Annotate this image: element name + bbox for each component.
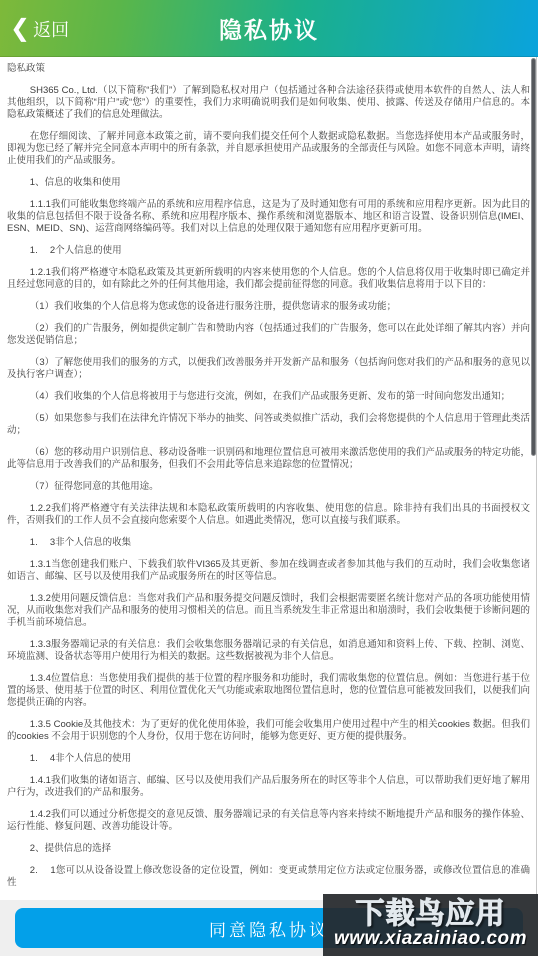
- policy-paragraph: 1.2.1我们将严格遵守本隐私政策及其更新所载明的内容来使用您的个人信息。您的个…: [7, 267, 530, 291]
- policy-paragraph: 1.4.2我们可以通过分析您提交的意见反馈、服务器端记录的有关信息等内容来持续不…: [7, 809, 530, 833]
- policy-paragraph: 1.3.2使用问题反馈信息：当您对我们产品和服务提交问题反馈时，我们会根据需要匿…: [7, 593, 530, 629]
- policy-paragraph: 1. 2个人信息的使用: [7, 245, 530, 257]
- policy-paragraph: 1. 4非个人信息的使用: [7, 753, 530, 765]
- scrollbar-track: [536, 57, 537, 900]
- scrollbar-thumb[interactable]: [531, 58, 536, 456]
- policy-paragraph: （4）我们收集的个人信息将被用于与您进行交流，例如，在我们产品或服务更新、发布的…: [7, 391, 530, 403]
- policy-paragraph: 1.1.1我们可能收集您终端产品的系统和应用程序信息，这是为了及时通知您有可用的…: [7, 199, 530, 235]
- policy-paragraph: 1.4.1我们收集的诸如语言、邮编、区号以及使用我们产品后服务所在的时区等非个人…: [7, 775, 530, 799]
- policy-paragraph: 在您仔细阅读、了解并同意本政策之前，请不要向我们提交任何个人数据或隐私数据。当您…: [7, 131, 530, 167]
- policy-paragraph: 1.3.5 Cookie及其他技术：为了更好的优化使用体验，我们可能会收集用户使…: [7, 719, 530, 743]
- policy-paragraph: 1.3.1当您创建我们账户、下载我们软件VI365及其更新、参加在线调查或者参加…: [7, 559, 530, 583]
- policy-paragraph: 2. 1您可以从设备设置上修改您设备的定位设置，例如：变更或禁用定位方法或定位服…: [7, 865, 530, 889]
- policy-paragraph: （7）征得您同意的其他用途。: [7, 481, 530, 493]
- policy-document-title: 隐私政策: [7, 63, 530, 75]
- policy-paragraph: 1.2.2我们将严格遵守有关法律法规和本隐私政策所载明的内容收集、使用您的信息。…: [7, 503, 530, 527]
- policy-paragraph: 1.3.4位置信息：当您使用我们提供的基于位置的程序服务和功能时，我们需收集您的…: [7, 673, 530, 709]
- watermark-title: 下载鸟应用: [355, 900, 505, 929]
- back-button[interactable]: ❮ 返回: [10, 0, 69, 57]
- policy-paragraph: （2）我们的广告服务，例如提供定制广告和赞助内容（包括通过我们的广告服务，您可以…: [7, 323, 530, 347]
- back-chevron-icon: ❮: [10, 17, 30, 41]
- policy-paragraph: （6）您的移动用户识别信息、移动设备唯一识别码和地理位置信息可被用来激活您使用的…: [7, 447, 530, 471]
- back-button-label: 返回: [33, 16, 69, 42]
- policy-paragraph: （1）我们收集的个人信息将为您或您的设备进行服务注册，提供您请求的服务或功能；: [7, 301, 530, 313]
- policy-paragraph: 1.3.3服务器端记录的有关信息：我们会收集您服务器端记录的有关信息，如消息通知…: [7, 639, 530, 663]
- policy-scroll-area[interactable]: 隐私政策 SH365 Co., Ltd.（以下简称“我们”）了解到隐私权对用户（…: [0, 57, 538, 900]
- page-title: 隐私协议: [219, 12, 319, 45]
- policy-paragraph: （5）如果您参与我们在法律允许情况下举办的抽奖、问答或类似推广活动，我们会将您提…: [7, 413, 530, 437]
- agree-privacy-button-label: 同意隐私协议: [209, 916, 329, 941]
- policy-paragraph: （3）了解您使用我们的服务的方式，以便我们改善服务并开发新产品和服务（包括询问您…: [7, 357, 530, 381]
- watermark-overlay: 下载鸟应用 www.xiazainiao.com: [323, 894, 538, 956]
- policy-paragraph: 2、提供信息的选择: [7, 843, 530, 855]
- policy-paragraph: SH365 Co., Ltd.（以下简称“我们”）了解到隐私权对用户（包括通过各…: [7, 85, 530, 121]
- header-bar: ❮ 返回 隐私协议: [0, 0, 538, 57]
- policy-paragraph: 1. 3非个人信息的收集: [7, 537, 530, 549]
- policy-body: 隐私政策 SH365 Co., Ltd.（以下简称“我们”）了解到隐私权对用户（…: [7, 63, 530, 889]
- policy-paragraph: 1、信息的收集和使用: [7, 177, 530, 189]
- watermark-url: www.xiazainiao.com: [334, 929, 527, 950]
